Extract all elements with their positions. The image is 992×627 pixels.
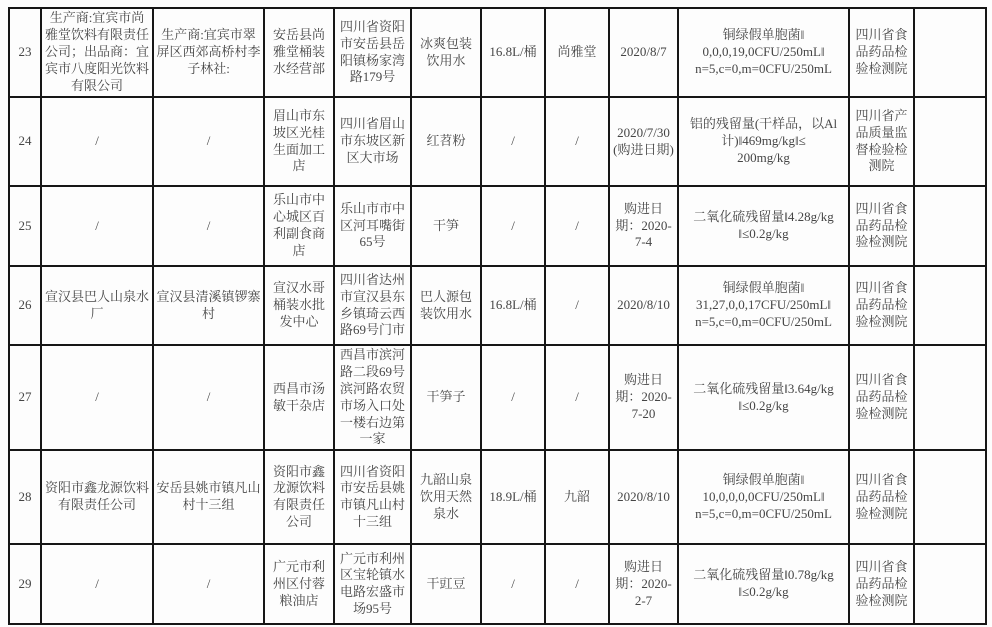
cell-sampled-unit-address: 广元市利州区宝轮镇水电路宏盛市场95号 bbox=[334, 544, 411, 624]
cell-sampled-unit: 眉山市东坡区光桂生面加工店 bbox=[264, 97, 334, 186]
cell-production-date: 2020/7/30 (购进日期) bbox=[609, 97, 678, 186]
cell-test-result: 铜绿假单胞菌‖ 31,27,0,0,17CFU/250mL‖ n=5,c=0,m… bbox=[678, 266, 849, 345]
cell-sampled-unit-address: 乐山市市中区河耳嘴街65号 bbox=[334, 186, 411, 266]
cell-remark bbox=[914, 345, 986, 450]
cell-producer-address: / bbox=[153, 544, 264, 624]
table-row: 23生产商:宜宾市尚雅堂饮料有限责任公司；出品商：宜宾市八度阳光饮料有限公司生产… bbox=[9, 8, 986, 97]
cell-producer: / bbox=[41, 544, 153, 624]
cell-producer-address: / bbox=[153, 186, 264, 266]
cell-production-date: 购进日期：2020-7-20 bbox=[609, 345, 678, 450]
cell-inspection-agency: 四川省产品质量监督检验检测院 bbox=[849, 97, 914, 186]
cell-product-name: 九韶山泉饮用天然泉水 bbox=[411, 450, 481, 544]
cell-remark bbox=[914, 266, 986, 345]
cell-specification: / bbox=[481, 97, 545, 186]
table-row: 29//广元市利州区付蓉粮油店广元市利州区宝轮镇水电路宏盛市场95号干豇豆//购… bbox=[9, 544, 986, 624]
cell-producer: / bbox=[41, 97, 153, 186]
cell-remark bbox=[914, 97, 986, 186]
cell-sampled-unit: 资阳市鑫龙源饮料有限责任公司 bbox=[264, 450, 334, 544]
table-row: 28资阳市鑫龙源饮料有限责任公司安岳县姚市镇凡山村十三组资阳市鑫龙源饮料有限责任… bbox=[9, 450, 986, 544]
cell-product-name: 红苕粉 bbox=[411, 97, 481, 186]
cell-producer: / bbox=[41, 186, 153, 266]
inspection-results-table: 23生产商:宜宾市尚雅堂饮料有限责任公司；出品商：宜宾市八度阳光饮料有限公司生产… bbox=[8, 7, 987, 625]
cell-brand: / bbox=[545, 266, 609, 345]
table-row: 25//乐山市中心城区百利副食商店乐山市市中区河耳嘴街65号干笋//购进日期：2… bbox=[9, 186, 986, 266]
cell-brand: / bbox=[545, 345, 609, 450]
cell-producer-address: / bbox=[153, 345, 264, 450]
cell-product-name: 冰爽包装饮用水 bbox=[411, 8, 481, 97]
cell-sampled-unit-address: 四川省眉山市东坡区新区大市场 bbox=[334, 97, 411, 186]
cell-inspection-agency: 四川省食品药品检验检测院 bbox=[849, 450, 914, 544]
cell-test-result: 二氧化硫残留量‖4.28g/kg ‖≤0.2g/kg bbox=[678, 186, 849, 266]
cell-production-date: 购进日期：2020-2-7 bbox=[609, 544, 678, 624]
cell-sampled-unit: 宣汉水哥桶装水批发中心 bbox=[264, 266, 334, 345]
cell-sampled-unit-address: 四川省资阳市安岳县姚市镇凡山村十三组 bbox=[334, 450, 411, 544]
cell-brand: / bbox=[545, 544, 609, 624]
cell-row-number: 28 bbox=[9, 450, 41, 544]
cell-production-date: 购进日期：2020-7-4 bbox=[609, 186, 678, 266]
cell-brand: 尚雅堂 bbox=[545, 8, 609, 97]
cell-remark bbox=[914, 544, 986, 624]
cell-producer-address: 安岳县姚市镇凡山村十三组 bbox=[153, 450, 264, 544]
cell-row-number: 29 bbox=[9, 544, 41, 624]
cell-inspection-agency: 四川省食品药品检验检测院 bbox=[849, 186, 914, 266]
cell-producer: 资阳市鑫龙源饮料有限责任公司 bbox=[41, 450, 153, 544]
cell-producer: 宣汉县巴人山泉水厂 bbox=[41, 266, 153, 345]
table-row: 27//西昌市汤敏干杂店西昌市滨河路二段69号滨河路农贸市场入口处一楼右边第一家… bbox=[9, 345, 986, 450]
cell-row-number: 25 bbox=[9, 186, 41, 266]
cell-remark bbox=[914, 186, 986, 266]
cell-inspection-agency: 四川省食品药品检验检测院 bbox=[849, 345, 914, 450]
cell-test-result: 铜绿假单胞菌‖ 0,0,0,19,0CFU/250mL‖ n=5,c=0,m=0… bbox=[678, 8, 849, 97]
cell-brand: / bbox=[545, 186, 609, 266]
table-row: 24//眉山市东坡区光桂生面加工店四川省眉山市东坡区新区大市场红苕粉//2020… bbox=[9, 97, 986, 186]
cell-remark bbox=[914, 8, 986, 97]
cell-product-name: 干豇豆 bbox=[411, 544, 481, 624]
document-page: 23生产商:宜宾市尚雅堂饮料有限责任公司；出品商：宜宾市八度阳光饮料有限公司生产… bbox=[0, 0, 992, 627]
cell-product-name: 干笋子 bbox=[411, 345, 481, 450]
cell-brand: 九韶 bbox=[545, 450, 609, 544]
cell-product-name: 干笋 bbox=[411, 186, 481, 266]
cell-producer: 生产商:宜宾市尚雅堂饮料有限责任公司；出品商：宜宾市八度阳光饮料有限公司 bbox=[41, 8, 153, 97]
cell-specification: 16.8L/桶 bbox=[481, 8, 545, 97]
cell-sampled-unit: 乐山市中心城区百利副食商店 bbox=[264, 186, 334, 266]
cell-producer-address: 宣汉县清溪镇锣寨村 bbox=[153, 266, 264, 345]
cell-inspection-agency: 四川省食品药品检验检测院 bbox=[849, 8, 914, 97]
cell-row-number: 23 bbox=[9, 8, 41, 97]
cell-remark bbox=[914, 450, 986, 544]
cell-producer-address: 生产商:宜宾市翠屏区西郊高桥村李子林社: bbox=[153, 8, 264, 97]
cell-inspection-agency: 四川省食品药品检验检测院 bbox=[849, 544, 914, 624]
cell-producer-address: / bbox=[153, 97, 264, 186]
cell-test-result: 二氧化硫残留量‖0.78g/kg ‖≤0.2g/kg bbox=[678, 544, 849, 624]
cell-specification: / bbox=[481, 544, 545, 624]
cell-test-result: 铝的残留量(干样品，以Al 计)‖469mg/kg‖≤ 200mg/kg bbox=[678, 97, 849, 186]
cell-inspection-agency: 四川省食品药品检验检测院 bbox=[849, 266, 914, 345]
cell-sampled-unit: 广元市利州区付蓉粮油店 bbox=[264, 544, 334, 624]
cell-specification: 18.9L/桶 bbox=[481, 450, 545, 544]
cell-specification: 16.8L/桶 bbox=[481, 266, 545, 345]
cell-production-date: 2020/8/10 bbox=[609, 266, 678, 345]
cell-product-name: 巴人源包装饮用水 bbox=[411, 266, 481, 345]
cell-producer: / bbox=[41, 345, 153, 450]
cell-brand: / bbox=[545, 97, 609, 186]
table-body: 23生产商:宜宾市尚雅堂饮料有限责任公司；出品商：宜宾市八度阳光饮料有限公司生产… bbox=[9, 8, 986, 624]
table-row: 26宣汉县巴人山泉水厂宣汉县清溪镇锣寨村宣汉水哥桶装水批发中心四川省达州市宣汉县… bbox=[9, 266, 986, 345]
cell-row-number: 27 bbox=[9, 345, 41, 450]
cell-sampled-unit-address: 四川省资阳市安岳县岳阳镇杨家湾路179号 bbox=[334, 8, 411, 97]
cell-sampled-unit: 安岳县尚雅堂桶装水经营部 bbox=[264, 8, 334, 97]
cell-specification: / bbox=[481, 186, 545, 266]
cell-test-result: 铜绿假单胞菌‖ 10,0,0,0,0CFU/250mL‖ n=5,c=0,m=0… bbox=[678, 450, 849, 544]
cell-sampled-unit-address: 四川省达州市宣汉县东乡镇琦云西路69号门市 bbox=[334, 266, 411, 345]
cell-production-date: 2020/8/10 bbox=[609, 450, 678, 544]
cell-sampled-unit-address: 西昌市滨河路二段69号滨河路农贸市场入口处一楼右边第一家 bbox=[334, 345, 411, 450]
cell-sampled-unit: 西昌市汤敏干杂店 bbox=[264, 345, 334, 450]
cell-row-number: 26 bbox=[9, 266, 41, 345]
cell-production-date: 2020/8/7 bbox=[609, 8, 678, 97]
cell-specification: / bbox=[481, 345, 545, 450]
cell-test-result: 二氧化硫残留量‖3.64g/kg ‖≤0.2g/kg bbox=[678, 345, 849, 450]
cell-row-number: 24 bbox=[9, 97, 41, 186]
